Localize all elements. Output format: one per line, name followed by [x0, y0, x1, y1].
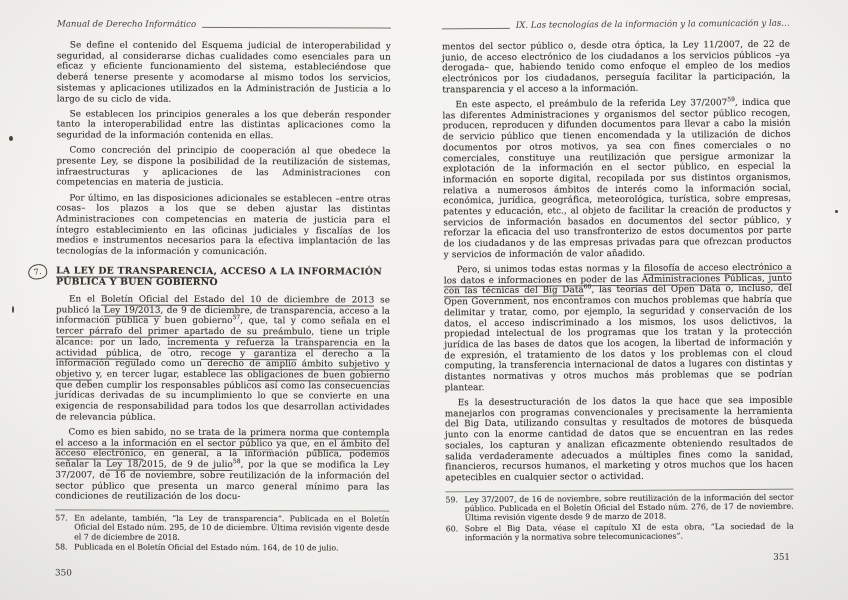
section-title: LA LEY DE TRANSPARENCIA, ACCESO A LA INF…	[56, 265, 390, 289]
page-number: 350	[55, 568, 389, 579]
text-run: que deben cumplir los responsables públi…	[56, 380, 390, 422]
text-run: Se define el contenido del Esquema judic…	[57, 40, 391, 104]
text-run: mentos del sector público o, desde otra …	[442, 40, 790, 96]
footnote: 59.Ley 37/2007, de 16 de noviembre, sobr…	[446, 492, 794, 523]
text-run: En el	[69, 295, 101, 305]
text-run: , que, tal y como señala en el	[240, 317, 390, 328]
running-head-title: IX. Las tecnologías de la información y …	[516, 19, 790, 31]
paragraph: Como concreción del principio de coopera…	[56, 146, 390, 190]
scan-speck	[835, 210, 838, 213]
paragraph: En el Boletín Oficial del Estado del 10 …	[56, 294, 390, 424]
paragraph: Por último, en las disposiciones adicion…	[56, 193, 390, 258]
text-run: , las teorías del Open Data o, incluso, …	[444, 284, 793, 393]
body-text-block: En el Boletín Oficial del Estado del 10 …	[55, 294, 390, 503]
paragraph: Es la desestructuración de los datos la …	[445, 396, 794, 484]
footnote: 57.En adelante, también, “la Ley de tran…	[55, 513, 389, 542]
page-number: 351	[446, 552, 794, 565]
footnote-text: Sobre el Big Data, véase el capítulo XI …	[465, 522, 794, 543]
footnote-ref: 59	[727, 96, 735, 103]
left-page: Manual de Derecho Informático Se define …	[55, 19, 391, 586]
footnote: 58.Publicada en el Boletín Oficial del E…	[55, 543, 389, 553]
footnote-number: 60.	[446, 524, 460, 543]
section-heading: 7. LA LEY DE TRANSPARENCIA, ACCESO A LA …	[56, 265, 390, 289]
body-text-block: mentos del sector público o, desde otra …	[442, 40, 793, 484]
paragraph: Como es bien sabido, no se trata de la p…	[55, 427, 389, 503]
text-run: Ley 18/2015, de 9 de julio	[106, 460, 233, 471]
footnote-text: Publicada en el Boletín Oficial del Esta…	[74, 543, 338, 553]
text-run: Por último, en las disposiciones adicion…	[56, 193, 390, 257]
text-run: y, en tercer lugar, establece las	[92, 370, 248, 381]
running-head-right: IX. Las tecnologías de la información y …	[442, 19, 790, 32]
paragraph: En este aspecto, el preámbulo de la refe…	[442, 98, 791, 261]
paragraph: Se define el contenido del Esquema judic…	[57, 40, 391, 105]
footnote-text: En adelante, también, “la Ley de transpa…	[74, 513, 389, 542]
running-head-rule	[442, 27, 510, 30]
paragraph: Se establecen los principios generales a…	[57, 109, 391, 142]
text-run: , indica que las diferentes Administraci…	[442, 98, 791, 261]
running-head-title: Manual de Derecho Informático	[57, 19, 196, 29]
running-head-left: Manual de Derecho Informático	[57, 19, 391, 30]
body-text-block: Se define el contenido del Esquema judic…	[56, 40, 391, 258]
section-number-circle: 7.	[27, 263, 48, 280]
paragraph: Pero, si unimos todas estas normas y la …	[444, 263, 793, 394]
text-run: ya que,	[273, 439, 314, 449]
footnote-ref: 60	[584, 284, 592, 291]
footnote: 60.Sobre el Big Data, véase el capítulo …	[446, 522, 794, 543]
footnote-number: 58.	[55, 543, 69, 552]
text-run: , de otro,	[139, 348, 201, 358]
text-run: Es la desestructuración de los datos la …	[445, 396, 793, 484]
paragraph: mentos del sector público o, desde otra …	[442, 40, 790, 96]
text-run: Se establecen los principios generales a…	[57, 109, 391, 141]
footnote-text: Ley 37/2007, de 16 de noviembre, sobre r…	[465, 492, 794, 522]
footnote-number: 57.	[55, 513, 69, 541]
scan-speck	[12, 306, 14, 313]
text-run: Pero, si unimos todas estas normas y la	[457, 264, 644, 275]
footnotes: 57.En adelante, también, “la Ley de tran…	[55, 509, 389, 553]
footnotes: 59.Ley 37/2007, de 16 de noviembre, sobr…	[445, 488, 793, 543]
right-page: IX. Las tecnologías de la información y …	[442, 19, 794, 588]
text-run: Como concreción del principio de coopera…	[56, 146, 390, 189]
running-head-rule	[202, 26, 391, 29]
footnote-number: 59.	[446, 495, 460, 523]
text-run: Como es bien sabido,	[69, 427, 171, 437]
text-run: obligaciones de buen gobierno	[247, 370, 389, 381]
scan-speck	[9, 136, 13, 141]
